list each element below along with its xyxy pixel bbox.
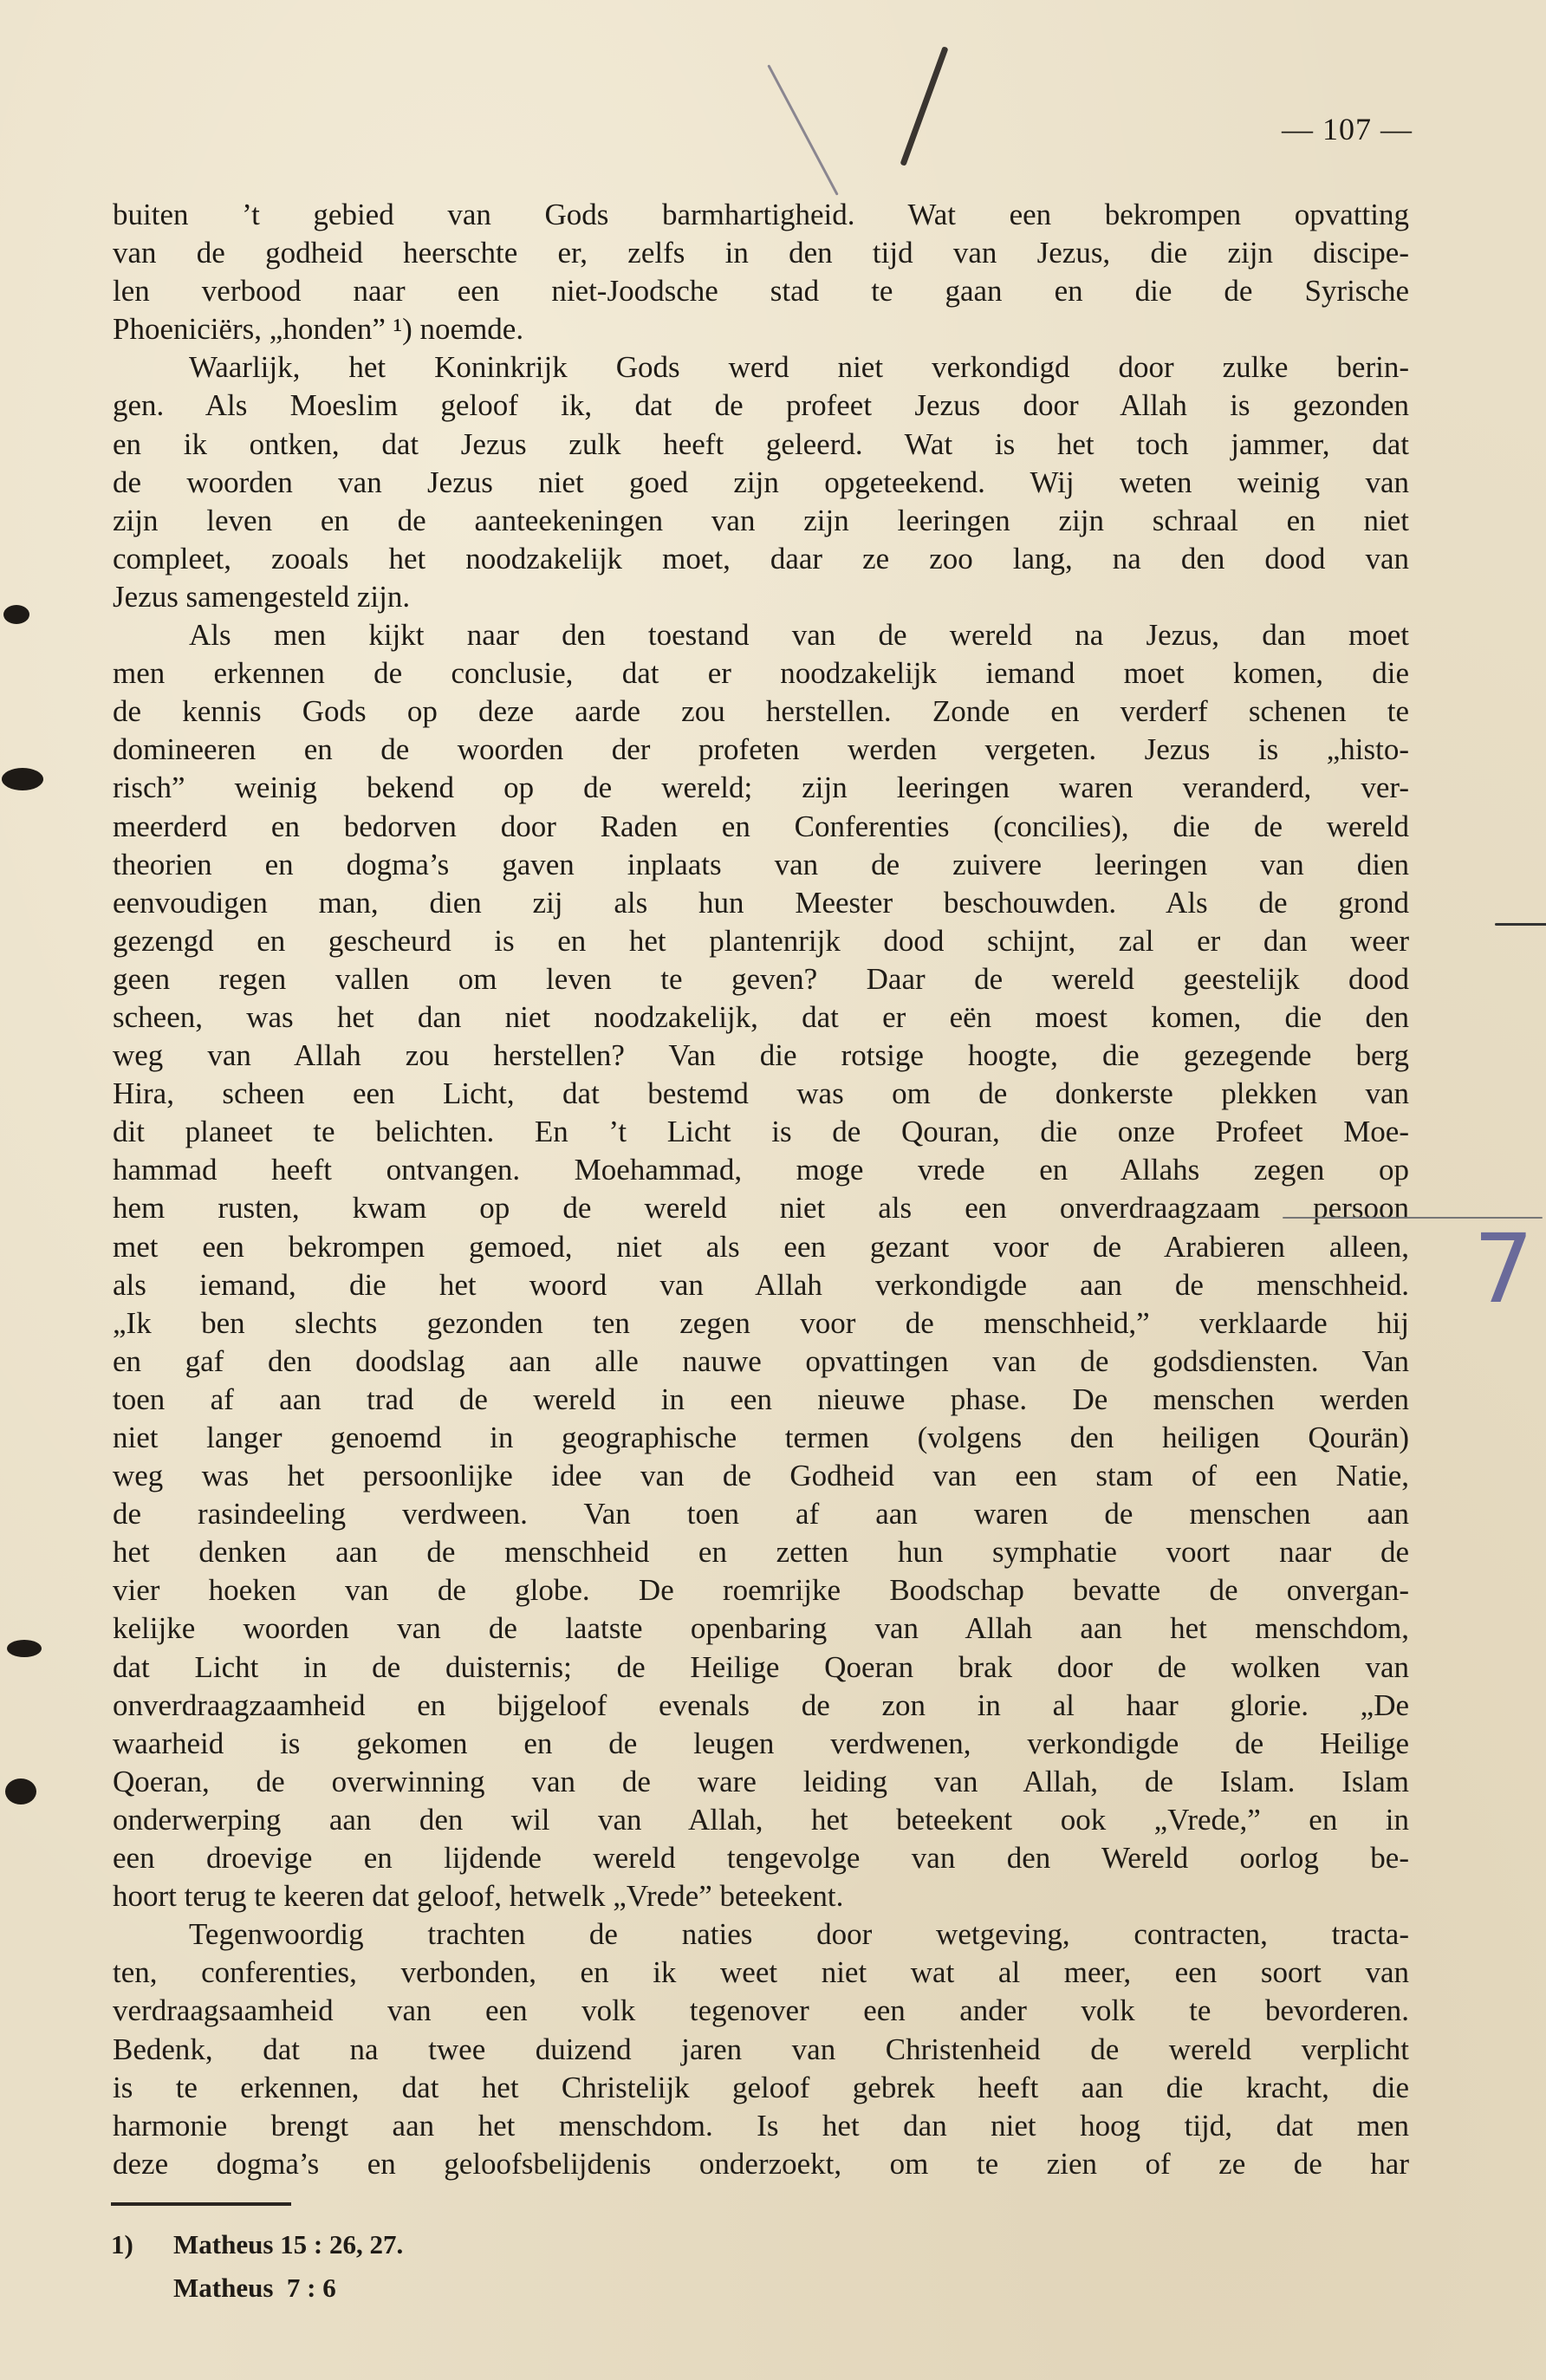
ink-blot [7,1640,42,1657]
text-line: Tegenwoordig trachten de naties door wet… [113,1915,1409,1954]
text-line: een droevige en lijdende wereld tengevol… [113,1839,1409,1877]
text-line: met een bekrompen gemoed, niet als een g… [113,1228,1409,1266]
text-line: len verbood naar een niet-Joodsche stad … [113,272,1409,310]
text-line: compleet, zooals het noodzakelijk moet, … [113,540,1409,578]
text-line: harmonie brengt aan het menschdom. Is he… [113,2107,1409,2145]
text-line: geen regen vallen om leven te geven? Daa… [113,960,1409,998]
text-line: theorien en dogma’s gaven inplaats van d… [113,846,1409,884]
text-line: men erkennen de conclusie, dat er noodza… [113,654,1409,693]
text-line: gen. Als Moeslim geloof ik, dat de profe… [113,387,1409,425]
text-line: „Ik ben slechts gezonden ten zegen voor … [113,1304,1409,1343]
text-line: weg van Allah zou herstellen? Van die ro… [113,1037,1409,1075]
text-line: zijn leven en de aanteekeningen van zijn… [113,502,1409,540]
text-line: risch” weinig bekend op de wereld; zijn … [113,769,1409,807]
text-line: Hira, scheen een Licht, dat bestemd was … [113,1075,1409,1113]
margin-pencil-line [1495,923,1546,926]
footnote-text: Matheus 15 : 26, 27. [173,2229,403,2260]
text-line: gezengd en gescheurd is en het plantenri… [113,922,1409,960]
text-line: weg was het persoonlijke idee van de God… [113,1457,1409,1495]
text-line: kelijke woorden van de laatste openbarin… [113,1609,1409,1648]
footnote-1: 1)Matheus 15 : 26, 27. [111,2223,403,2266]
text-line: meerderd en bedorven door Raden en Confe… [113,808,1409,846]
text-line: de rasindeeling verdween. Van toen af aa… [113,1495,1409,1533]
text-line: verdraagsaamheid van een volk tegenover … [113,1992,1409,2030]
ink-blot [3,605,29,624]
text-line: de kennis Gods op deze aarde zou herstel… [113,693,1409,731]
text-line: domineeren en de woorden der profeten we… [113,731,1409,769]
text-line: Bedenk, dat na twee duizend jaren van Ch… [113,2031,1409,2069]
text-line: toen af aan trad de wereld in een nieuwe… [113,1381,1409,1419]
text-line: hammad heeft ontvangen. Moehammad, moge … [113,1151,1409,1189]
text-line: Waarlijk, het Koninkrijk Gods werd niet … [113,348,1409,387]
text-line: de woorden van Jezus niet goed zijn opge… [113,464,1409,502]
text-line: en gaf den doodslag aan alle nauwe opvat… [113,1343,1409,1381]
text-line: het denken aan de menschheid en zetten h… [113,1533,1409,1571]
text-line: Phoeniciërs, „honden” ¹) noemde. [113,310,1409,348]
text-line: Qoeran, de overwinning van de ware leidi… [113,1763,1409,1801]
text-line: is te erkennen, dat het Christelijk gelo… [113,2069,1409,2107]
text-line: onderwerping aan den wil van Allah, het … [113,1801,1409,1839]
text-line: ten, conferenties, verbonden, en ik weet… [113,1954,1409,1992]
text-line: als iemand, die het woord van Allah verk… [113,1266,1409,1304]
text-line: hem rusten, kwam op de wereld niet als e… [113,1189,1409,1227]
footnote-divider [111,2202,291,2206]
text-line: hoort terug te keeren dat geloof, hetwel… [113,1877,1409,1915]
text-line: deze dogma’s en geloofsbelijdenis onderz… [113,2145,1409,2183]
pencil-stroke-light [767,64,838,196]
text-line: en ik ontken, dat Jezus zulk heeft gelee… [113,426,1409,464]
text-line: dit planeet te belichten. En ’t Licht is… [113,1113,1409,1151]
text-line: eenvoudigen man, dien zij als hun Meeste… [113,884,1409,922]
text-line: waarheid is gekomen en de leugen verdwen… [113,1725,1409,1763]
footnote-2: Matheus 7 : 6 [111,2266,403,2310]
text-line: vier hoeken van de globe. De roemrijke B… [113,1571,1409,1609]
page-number: — 107 — [1248,111,1413,147]
ink-blot [5,1778,36,1805]
footnote-text: Matheus 7 : 6 [173,2273,336,2303]
pencil-stroke-dark [900,46,948,166]
text-line: scheen, was het dan niet noodzakelijk, d… [113,998,1409,1037]
ink-blot [2,768,43,790]
footnotes: 1)Matheus 15 : 26, 27. Matheus 7 : 6 [111,2223,403,2310]
footnote-marker: 1) [111,2223,173,2266]
text-line: Jezus samengesteld zijn. [113,578,1409,616]
text-line: onverdraagzaamheid en bijgeloof evenals … [113,1687,1409,1725]
text-line: Als men kijkt naar den toestand van de w… [113,616,1409,654]
body-text: buiten ’t gebied van Gods barmhartigheid… [113,196,1409,2183]
text-line: van de godheid heerschte er, zelfs in de… [113,234,1409,272]
text-line: buiten ’t gebied van Gods barmhartigheid… [113,196,1409,234]
margin-numeral: 7 [1473,1213,1534,1324]
text-line: niet langer genoemd in geographische ter… [113,1419,1409,1457]
text-line: dat Licht in de duisternis; de Heilige Q… [113,1648,1409,1687]
